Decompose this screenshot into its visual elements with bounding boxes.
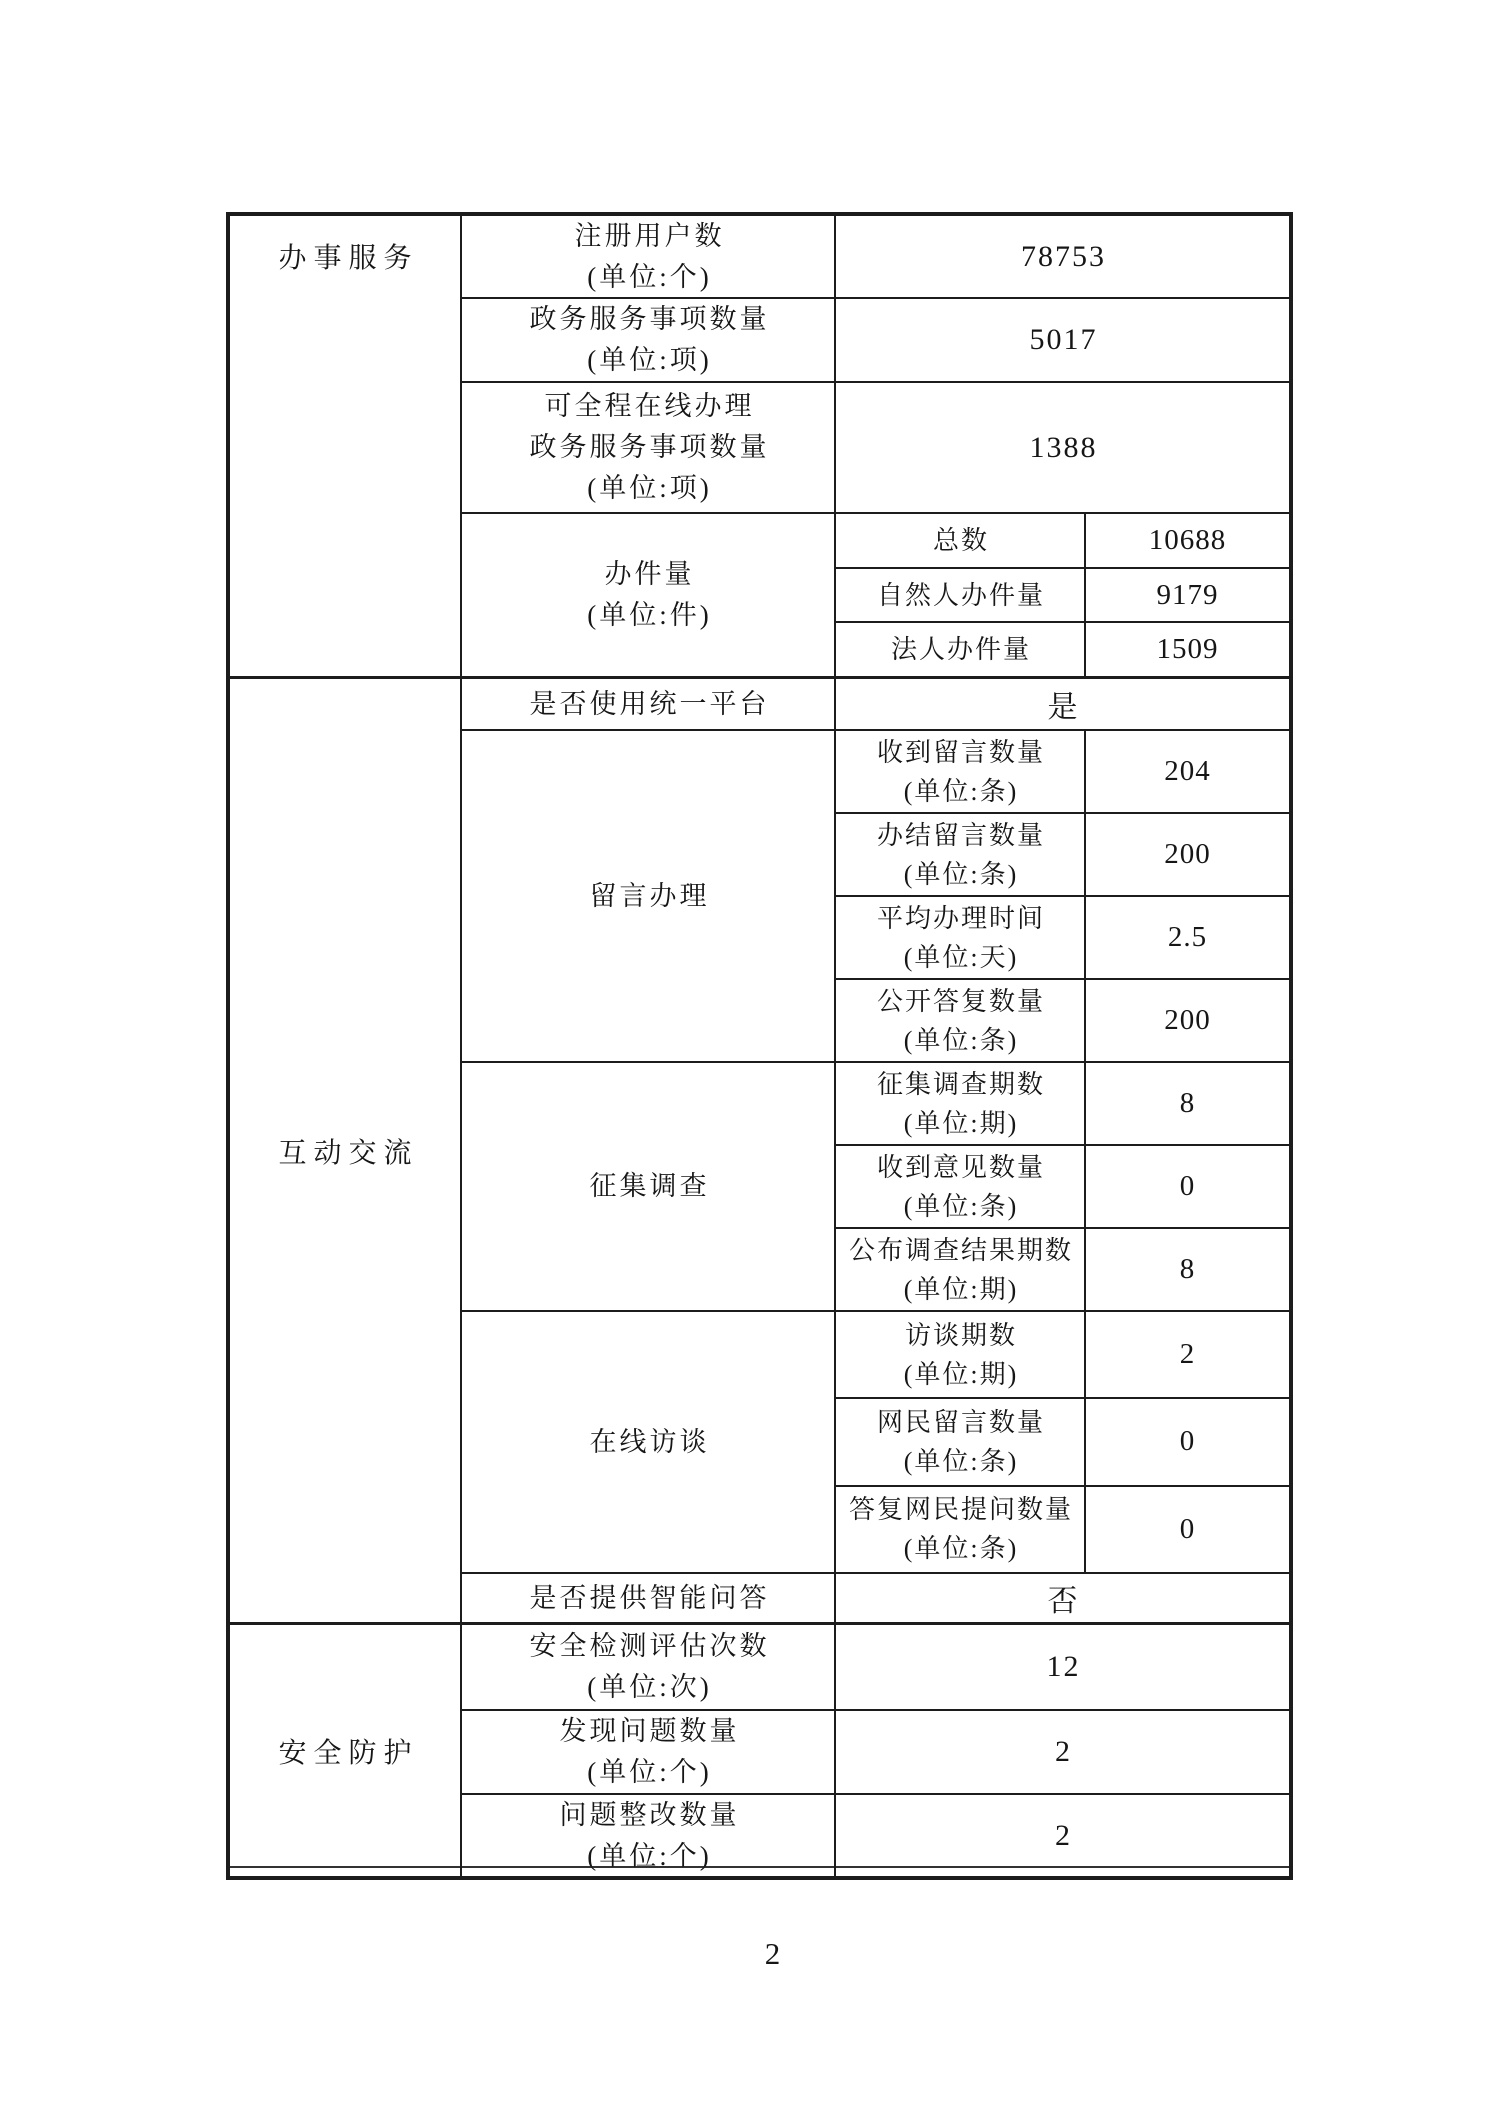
- sub-row: 总数 10688: [836, 514, 1289, 567]
- sub-row-label-line: (单位:条): [902, 772, 1019, 811]
- row-label-line: 留言办理: [587, 876, 710, 917]
- sub-row: 法人办件量 1509: [836, 621, 1289, 676]
- sub-row-value: 2.5: [1086, 897, 1289, 978]
- row-label-line: 可全程在线办理: [542, 386, 755, 427]
- row-label-line: (单位:件): [584, 595, 711, 636]
- sub-row-value: 8: [1086, 1229, 1289, 1310]
- table-row: 可全程在线办理 政务服务事项数量 (单位:项) 1388: [462, 381, 1289, 512]
- row-label: 可全程在线办理 政务服务事项数量 (单位:项): [462, 383, 836, 512]
- sub-row-label: 答复网民提问数量 (单位:条): [836, 1487, 1086, 1572]
- sub-row-value: 2: [1086, 1312, 1289, 1397]
- sub-table: 征集调查期数 (单位:期) 8 收到意见数量 (单位:条) 0: [836, 1063, 1289, 1310]
- row-label-line: 是否提供智能问答: [527, 1578, 770, 1619]
- sub-row: 平均办理时间 (单位:天) 2.5: [836, 895, 1289, 978]
- sub-row-label-line: 自然人办件量: [875, 576, 1045, 615]
- row-label-line: (单位:个): [584, 1836, 711, 1877]
- sub-row-value: 10688: [1086, 514, 1289, 567]
- sub-row-label-line: 法人办件量: [889, 630, 1031, 669]
- sub-row-label-line: (单位:期): [902, 1270, 1019, 1309]
- sub-row-label-line: (单位:天): [902, 938, 1019, 977]
- section-rows: 安全检测评估次数 (单位:次) 12 发现问题数量 (单位:个) 2 问题整改数…: [462, 1625, 1289, 1876]
- sub-row-label-line: (单位:条): [902, 1021, 1019, 1060]
- row-label-line: (单位:项): [584, 468, 711, 509]
- table-row-group: 在线访谈 访谈期数 (单位:期) 2 网民留言数量: [462, 1310, 1289, 1572]
- category-label: 互动交流: [271, 1131, 418, 1171]
- row-value: 12: [836, 1625, 1289, 1709]
- table-row: 发现问题数量 (单位:个) 2: [462, 1709, 1289, 1793]
- sub-row-label: 访谈期数 (单位:期): [836, 1312, 1086, 1397]
- row-value: 78753: [836, 216, 1289, 297]
- sub-row: 公布调查结果期数 (单位:期) 8: [836, 1227, 1289, 1310]
- sub-row-label: 总数: [836, 514, 1086, 567]
- sub-row-value: 0: [1086, 1399, 1289, 1484]
- table-row-group: 留言办理 收到留言数量 (单位:条) 204 办结留言数量: [462, 729, 1289, 1061]
- row-label: 政务服务事项数量 (单位:项): [462, 299, 836, 381]
- row-label: 是否使用统一平台: [462, 679, 836, 729]
- sub-row-label-line: 总数: [931, 521, 989, 560]
- row-label: 是否提供智能问答: [462, 1574, 836, 1622]
- sub-row-label-line: 办结留言数量: [875, 816, 1045, 855]
- row-label-line: 政务服务事项数量: [527, 427, 770, 468]
- row-label-line: 安全检测评估次数: [527, 1626, 770, 1667]
- sub-row-value: 204: [1086, 731, 1289, 812]
- category-cell: 互动交流: [230, 679, 462, 1622]
- row-label-line: 注册用户数: [572, 216, 725, 257]
- sub-row-value: 1509: [1086, 623, 1289, 676]
- row-label-line: (单位:个): [584, 257, 711, 298]
- sub-row-label-line: 收到意见数量: [875, 1148, 1045, 1187]
- table-row: 是否使用统一平台 是: [462, 679, 1289, 729]
- row-label: 发现问题数量 (单位:个): [462, 1711, 836, 1793]
- sub-row-label: 法人办件量: [836, 623, 1086, 676]
- sub-row-label-line: (单位:条): [902, 855, 1019, 894]
- sub-row: 访谈期数 (单位:期) 2: [836, 1312, 1289, 1397]
- row-label-line: 是否使用统一平台: [527, 684, 770, 725]
- sub-row-label-line: 公开答复数量: [875, 982, 1045, 1021]
- sub-row-label-line: 征集调查期数: [875, 1065, 1045, 1104]
- sub-row-label: 网民留言数量 (单位:条): [836, 1399, 1086, 1484]
- row-label-line: 征集调查: [587, 1166, 710, 1207]
- row-label: 办件量 (单位:件): [462, 514, 836, 676]
- sub-row-label-line: 平均办理时间: [875, 899, 1045, 938]
- row-value: 1388: [836, 383, 1289, 512]
- row-value: 否: [836, 1574, 1289, 1622]
- table-row: 政务服务事项数量 (单位:项) 5017: [462, 297, 1289, 381]
- section-service: 办事服务 注册用户数 (单位:个) 78753 政务服务事项数量 (单位:项) …: [230, 216, 1289, 676]
- scan-artifact-line: [230, 1866, 1289, 1868]
- sub-row: 收到留言数量 (单位:条) 204: [836, 731, 1289, 812]
- sub-row-label-line: 公布调查结果期数: [847, 1231, 1073, 1270]
- row-value: 2: [836, 1711, 1289, 1793]
- category-cell: 办事服务: [230, 216, 462, 676]
- row-label: 征集调查: [462, 1063, 836, 1310]
- sub-row-value: 200: [1086, 980, 1289, 1061]
- sub-row: 答复网民提问数量 (单位:条) 0: [836, 1485, 1289, 1572]
- row-value: 是: [836, 679, 1289, 729]
- row-label: 问题整改数量 (单位:个): [462, 1795, 836, 1876]
- row-value: 2: [836, 1795, 1289, 1876]
- sub-row-label: 平均办理时间 (单位:天): [836, 897, 1086, 978]
- section-interaction: 互动交流 是否使用统一平台 是 留言办理 收到留: [230, 676, 1289, 1622]
- row-label: 注册用户数 (单位:个): [462, 216, 836, 297]
- sub-row-label: 办结留言数量 (单位:条): [836, 814, 1086, 895]
- sub-row-label-line: (单位:条): [902, 1529, 1019, 1568]
- sub-row-label-line: (单位:条): [902, 1187, 1019, 1226]
- sub-row: 网民留言数量 (单位:条) 0: [836, 1397, 1289, 1484]
- row-label-line: (单位:个): [584, 1752, 711, 1793]
- sub-table: 收到留言数量 (单位:条) 204 办结留言数量 (单位:条) 200: [836, 731, 1289, 1061]
- sub-row: 自然人办件量 9179: [836, 567, 1289, 622]
- sub-row: 收到意见数量 (单位:条) 0: [836, 1144, 1289, 1227]
- row-label: 留言办理: [462, 731, 836, 1061]
- sub-table: 总数 10688 自然人办件量 9179 法人办件量: [836, 514, 1289, 676]
- sub-row-value: 9179: [1086, 569, 1289, 622]
- sub-row-label: 公开答复数量 (单位:条): [836, 980, 1086, 1061]
- section-rows: 注册用户数 (单位:个) 78753 政务服务事项数量 (单位:项) 5017 …: [462, 216, 1289, 676]
- sub-row: 公开答复数量 (单位:条) 200: [836, 978, 1289, 1061]
- sub-row: 办结留言数量 (单位:条) 200: [836, 812, 1289, 895]
- sub-row-label-line: (单位:期): [902, 1104, 1019, 1143]
- row-label: 安全检测评估次数 (单位:次): [462, 1625, 836, 1709]
- sub-row-value: 200: [1086, 814, 1289, 895]
- sub-row-label-line: (单位:期): [902, 1355, 1019, 1394]
- table-row-group: 征集调查 征集调查期数 (单位:期) 8 收到意见数量: [462, 1061, 1289, 1310]
- section-rows: 是否使用统一平台 是 留言办理 收到留言数量 (单位:条): [462, 679, 1289, 1622]
- sub-row-label-line: 访谈期数: [903, 1316, 1017, 1355]
- sub-row-value: 0: [1086, 1146, 1289, 1227]
- sub-row-label-line: 收到留言数量: [875, 733, 1045, 772]
- sub-row-label: 收到意见数量 (单位:条): [836, 1146, 1086, 1227]
- scanned-report-page: 办事服务 注册用户数 (单位:个) 78753 政务服务事项数量 (单位:项) …: [0, 0, 1487, 2107]
- sub-row-value: 8: [1086, 1063, 1289, 1144]
- row-label-line: 发现问题数量: [557, 1711, 740, 1752]
- sub-row-label: 收到留言数量 (单位:条): [836, 731, 1086, 812]
- sub-row: 征集调查期数 (单位:期) 8: [836, 1063, 1289, 1144]
- sub-row-label-line: (单位:条): [902, 1442, 1019, 1481]
- row-value: 5017: [836, 299, 1289, 381]
- sub-row-label-line: 答复网民提问数量: [847, 1490, 1073, 1529]
- table-row: 安全检测评估次数 (单位:次) 12: [462, 1625, 1289, 1709]
- report-table: 办事服务 注册用户数 (单位:个) 78753 政务服务事项数量 (单位:项) …: [226, 212, 1293, 1880]
- row-label-line: (单位:项): [584, 340, 711, 381]
- sub-table: 访谈期数 (单位:期) 2 网民留言数量 (单位:条) 0: [836, 1312, 1289, 1572]
- table-row: 是否提供智能问答 否: [462, 1572, 1289, 1622]
- sub-row-label: 公布调查结果期数 (单位:期): [836, 1229, 1086, 1310]
- row-label-line: 办件量: [602, 554, 695, 595]
- row-label-line: 政务服务事项数量: [527, 299, 770, 340]
- row-label-line: 问题整改数量: [557, 1795, 740, 1836]
- table-row-group: 办件量 (单位:件) 总数 10688 自然人办件量: [462, 512, 1289, 676]
- sub-row-label: 征集调查期数 (单位:期): [836, 1063, 1086, 1144]
- table-row: 注册用户数 (单位:个) 78753: [462, 216, 1289, 297]
- row-label: 在线访谈: [462, 1312, 836, 1572]
- category-label: 安全防护: [271, 1731, 418, 1771]
- sub-row-value: 0: [1086, 1487, 1289, 1572]
- row-label-line: (单位:次): [584, 1667, 711, 1708]
- sub-row-label: 自然人办件量: [836, 569, 1086, 622]
- page-number: 2: [0, 1936, 1487, 1972]
- category-cell: 安全防护: [230, 1625, 462, 1876]
- section-security: 安全防护 安全检测评估次数 (单位:次) 12 发现问题数量 (单位:个) 2: [230, 1622, 1289, 1876]
- sub-row-label-line: 网民留言数量: [875, 1403, 1045, 1442]
- category-label: 办事服务: [271, 236, 418, 276]
- table-row: 问题整改数量 (单位:个) 2: [462, 1793, 1289, 1876]
- row-label-line: 在线访谈: [587, 1422, 710, 1463]
